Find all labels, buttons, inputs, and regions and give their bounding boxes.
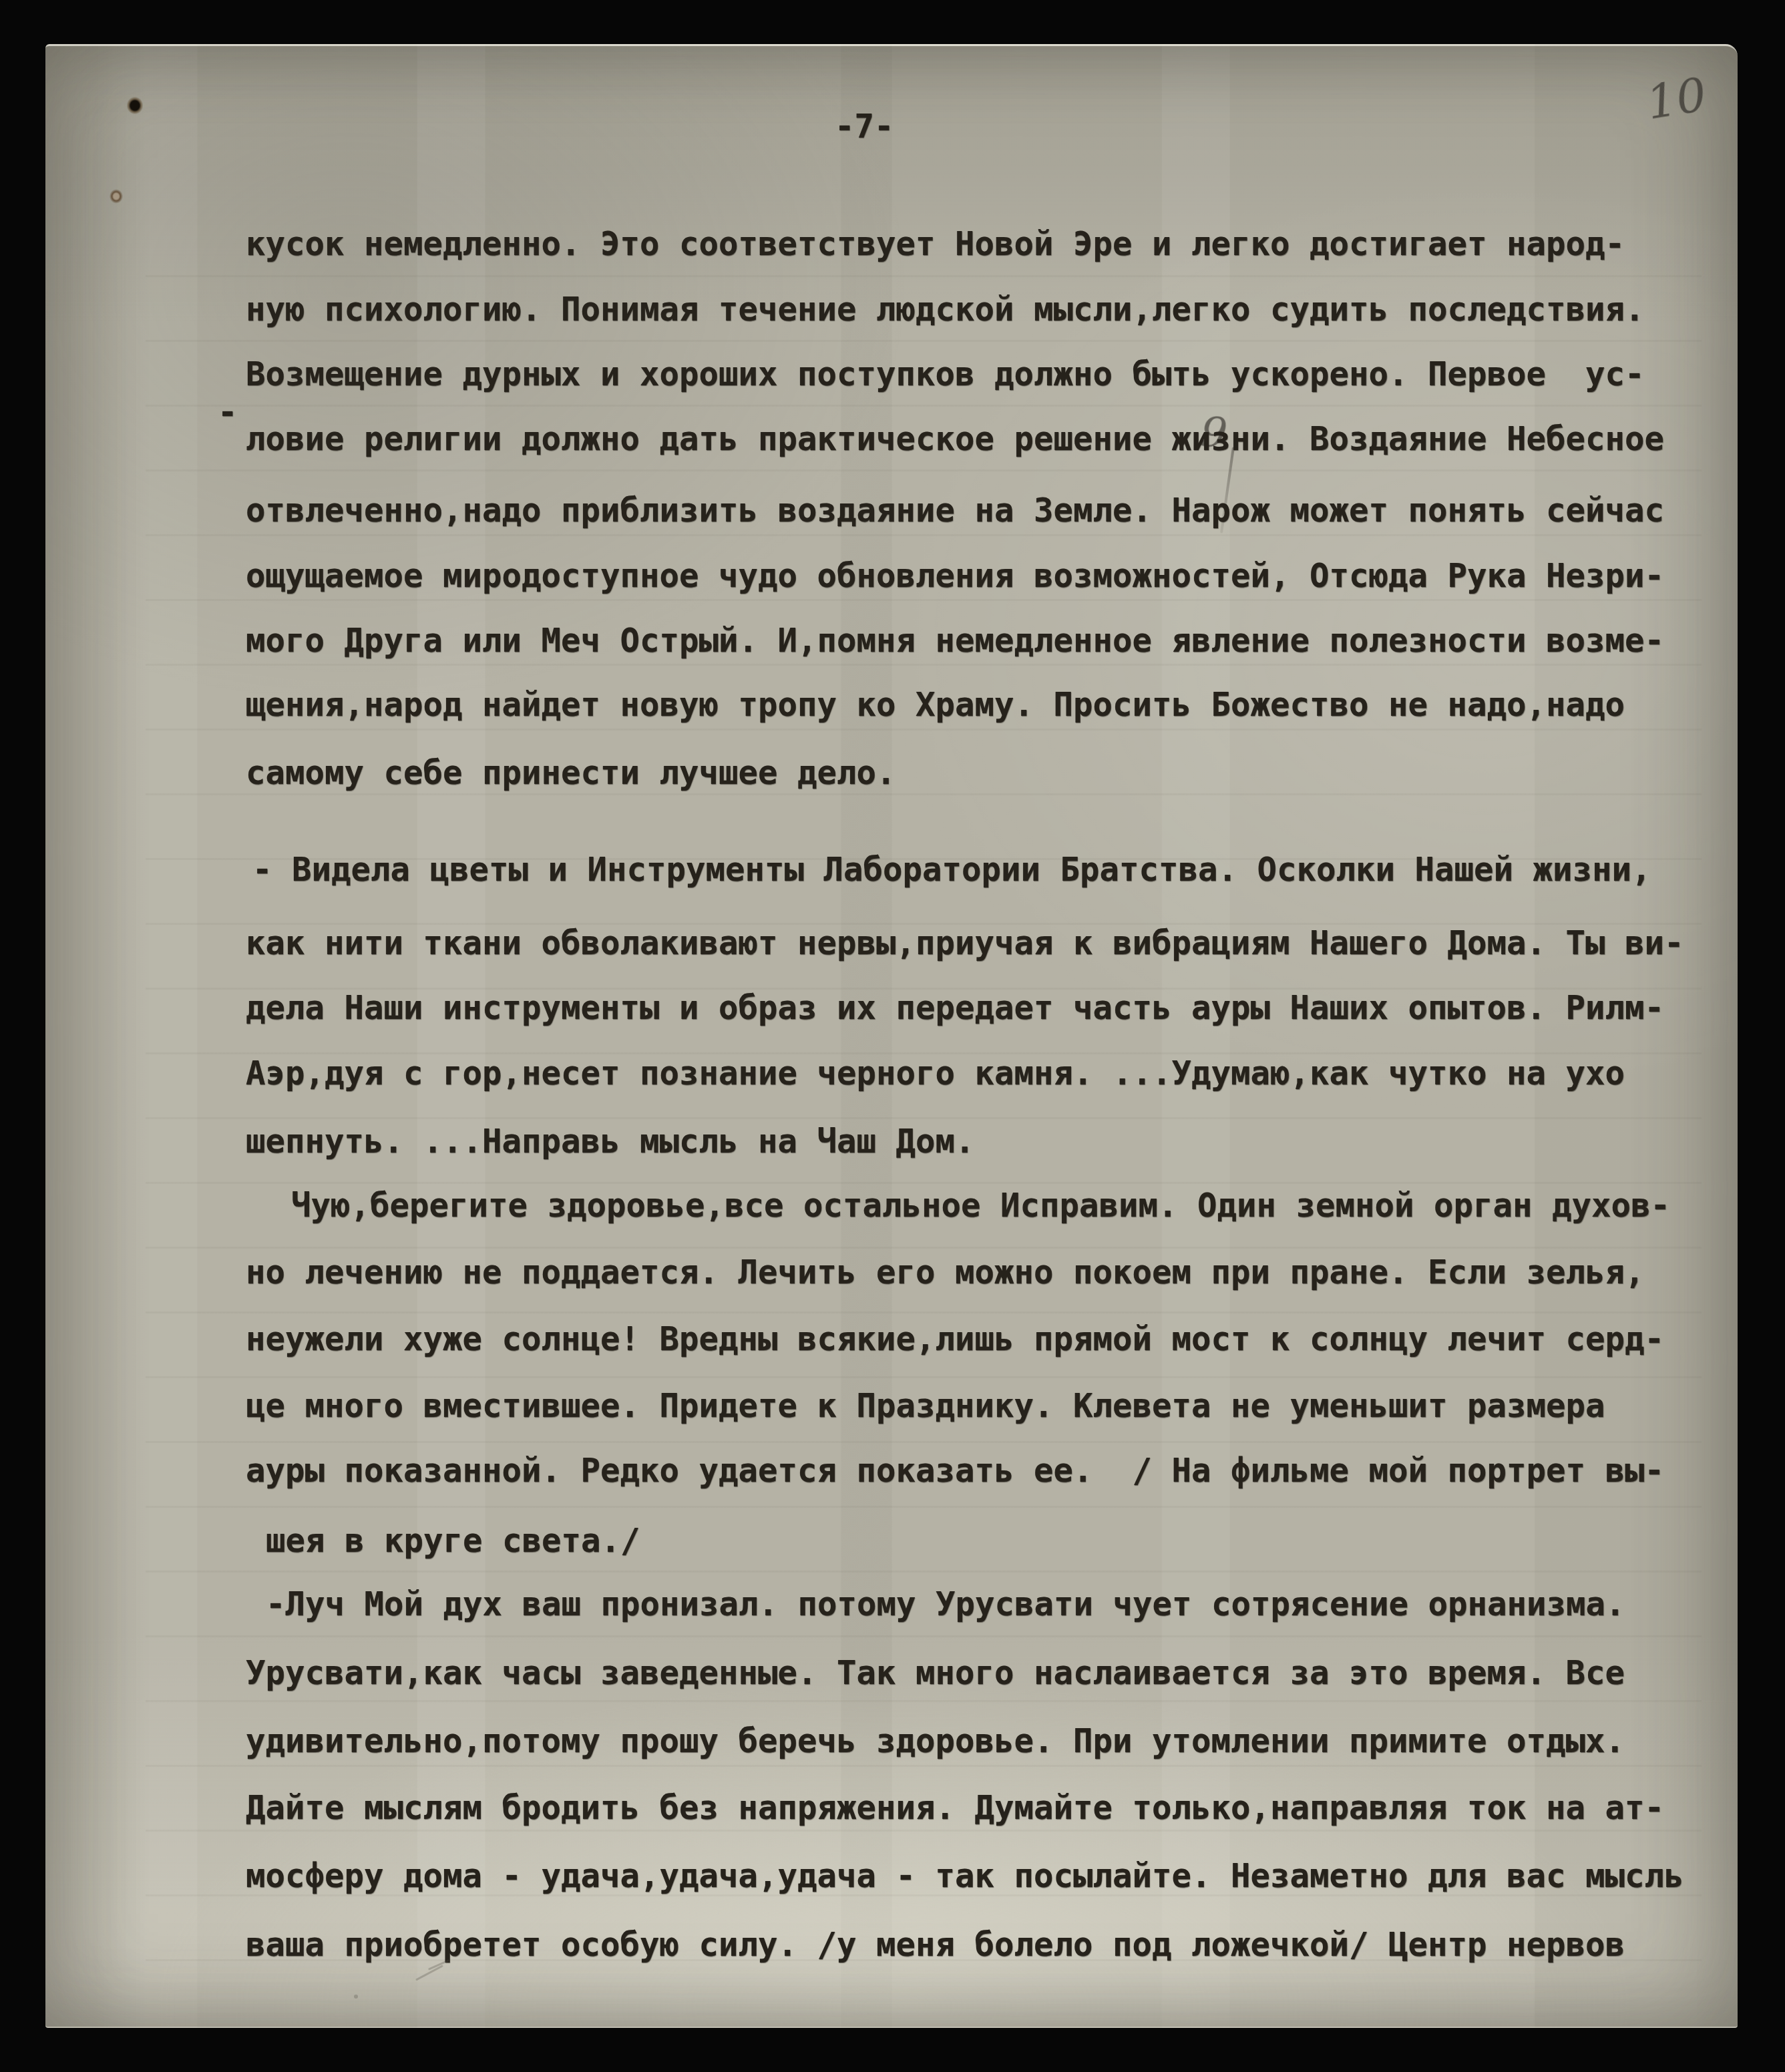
- typewritten-line: ваша приобретет особую силу. /у меня бол…: [246, 1926, 1625, 1964]
- typewritten-line: Возмещение дурных и хороших поступков до…: [246, 355, 1645, 393]
- paper-hole-icon: [124, 94, 146, 117]
- typewritten-line: удивительно,потому прошу беречь здоровье…: [246, 1722, 1625, 1760]
- typewritten-line: кусок немедленно. Это соответствует Ново…: [246, 225, 1625, 263]
- typewritten-line: -: [218, 393, 238, 431]
- typewritten-line: неужели хуже солнце! Вредны всякие,лишь …: [246, 1320, 1664, 1358]
- typewritten-line: Урусвати,как часы заведенные. Так много …: [246, 1654, 1625, 1692]
- typewritten-line: Чую,берегите здоровье,все остальное Испр…: [291, 1187, 1670, 1225]
- typewritten-line: Дайте мыслям бродить без напряжения. Дум…: [246, 1789, 1664, 1827]
- typewritten-line: це много вместившее. Придете к Празднику…: [246, 1387, 1605, 1425]
- typewritten-line: ловие религии должно дать практическое р…: [246, 420, 1664, 458]
- typewritten-line: - Видела цветы и Инструменты Лаборатории…: [252, 851, 1651, 889]
- handwritten-page-number: 10: [1643, 67, 1710, 131]
- typewritten-line: шепнуть. ...Направь мысль на Чаш Дом.: [246, 1122, 975, 1161]
- typewritten-line: Аэр,дуя с гор,несет познание черного кам…: [246, 1054, 1625, 1092]
- typewritten-line: шея в круге света./: [266, 1522, 640, 1560]
- typewritten-line: -Луч Мой дух ваш пронизал. потому Урусва…: [266, 1585, 1625, 1623]
- typewritten-line: щения,народ найдет новую тропу ко Храму.…: [246, 686, 1625, 724]
- typewritten-line: как нити ткани обволакивают нервы,приуча…: [246, 924, 1684, 962]
- photo-background: -7- 10 9 кусок немедленно. Это соответст…: [0, 0, 1785, 2072]
- typewritten-line: дела Наши инструменты и образ их передае…: [246, 989, 1664, 1027]
- typewritten-line: но лечению не поддается. Лечить его можн…: [246, 1253, 1645, 1291]
- typewritten-line: ощущаемое миродоступное чудо обновления …: [246, 557, 1664, 595]
- typewritten-line: отвлеченно,надо приблизить воздаяние на …: [246, 491, 1664, 530]
- document-page: -7- 10 9 кусок немедленно. Это соответст…: [45, 44, 1738, 2028]
- pencil-scribble: [354, 1995, 358, 1999]
- carbon-ghost-lines: [146, 216, 1702, 1979]
- typewritten-line: мосферу дома - удача,удача,удача - так п…: [246, 1857, 1684, 1895]
- typewritten-line: самому себе принести лучшее дело.: [246, 754, 896, 792]
- typewritten-line: мого Друга или Меч Острый. И,помня немед…: [246, 622, 1664, 660]
- typewritten-line: ауры показанной. Редко удается показать …: [246, 1452, 1664, 1490]
- paper-hole-icon: [107, 186, 126, 206]
- typed-page-number: -7-: [835, 108, 894, 146]
- typewritten-line: ную психологию. Понимая течение людской …: [246, 290, 1645, 329]
